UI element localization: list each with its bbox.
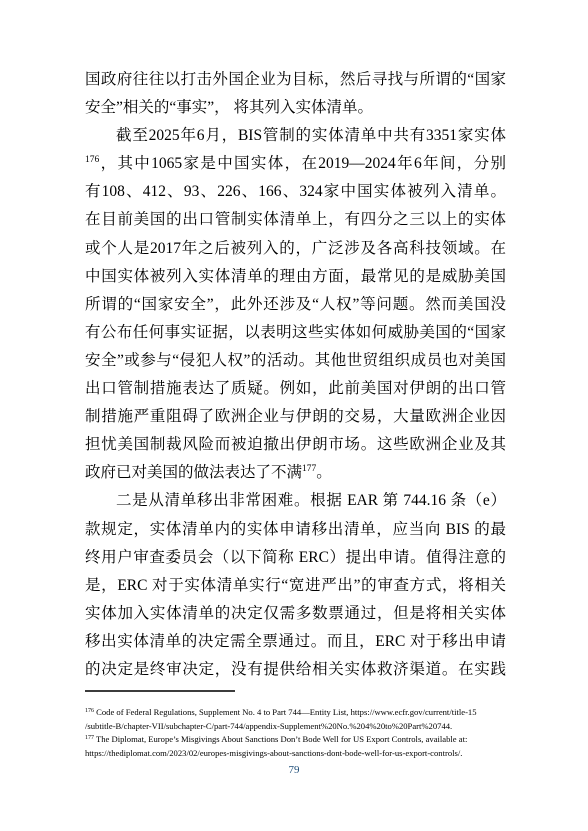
body-line: 有公布任何事实证据，以表明这些实体如何威胁美国的“国家 [85, 319, 506, 347]
footnote-ref: 176 [85, 155, 99, 165]
body-line: 或个人是2017年之后被列入的，广泛涉及各高科技领域。在 [85, 235, 506, 263]
body-line: 是，ERC 对于实体清单实行“宽进严出”的审查方式，将相关 [85, 572, 506, 600]
body-line: 安全”相关的“事实”， 将其列入实体清单。 [85, 94, 506, 122]
body-line: 移出实体清单的决定需全票通过。而且，ERC 对于移出申请 [85, 628, 506, 656]
footnote-line: https://thediplomat.com/2023/02/europes-… [85, 747, 506, 761]
body-line: 出口管制措施表达了质疑。例如，此前美国对伊朗的出口管 [85, 375, 506, 403]
footnote-ref: 176 [85, 708, 94, 714]
page-number: 79 [0, 762, 588, 778]
body-line: 有108、412、93、226、166、324家中国实体被列入清单。 [85, 178, 506, 206]
body-line: 政府已对美国的做法表达了不满177。 [85, 459, 506, 487]
body-line: 制措施严重阻碍了欧洲企业与伊朗的交易，大量欧洲企业因 [85, 403, 506, 431]
body-line: 在目前美国的出口管制实体清单上，有四分之三以上的实体 [85, 206, 506, 234]
body-text: 国政府往往以打击外国企业为目标，然后寻找与所谓的“国家安全”相关的“事实”， 将… [85, 66, 506, 684]
footnote-line: 176 Code of Federal Regulations, Supplem… [85, 706, 506, 720]
body-line: 所谓的“国家安全”，此外还涉及“人权”等问题。然而美国没 [85, 291, 506, 319]
body-line: 安全”或参与“侵犯人权”的活动。其他世贸组织成员也对美国 [85, 347, 506, 375]
body-line: 实体加入实体清单的决定仅需多数票通过，但是将相关实体 [85, 600, 506, 628]
footnote-ref: 177 [85, 735, 94, 741]
footnote-ref: 177 [302, 464, 316, 474]
footnotes: 176 Code of Federal Regulations, Supplem… [85, 706, 506, 760]
body-line: 截至2025年6月，BIS管制的实体清单中共有3351家实体 [85, 122, 506, 150]
body-line: 款规定，实体清单内的实体申请移出清单，应当向 BIS 的最 [85, 516, 506, 544]
footnote-line: 177 The Diplomat, Europe’s Misgivings Ab… [85, 733, 506, 747]
body-line: 中国实体被列入实体清单的理由方面，最常见的是威胁美国 [85, 263, 506, 291]
document-page: 国政府往往以打击外国企业为目标，然后寻找与所谓的“国家安全”相关的“事实”， 将… [0, 0, 588, 831]
footnote-line: /subtitle-B/chapter-VII/subchapter-C/par… [85, 720, 506, 734]
body-line: 国政府往往以打击外国企业为目标，然后寻找与所谓的“国家 [85, 66, 506, 94]
body-line: 二是从清单移出非常困难。根据 EAR 第 744.16 条（e） [85, 487, 506, 515]
body-line: 的决定是终审决定，没有提供给相关实体救济渠道。在实践 [85, 656, 506, 684]
body-line: 终用户审查委员会（以下简称 ERC）提出申请。值得注意的 [85, 544, 506, 572]
footnote-separator [85, 690, 235, 692]
body-line: 176，其中1065家是中国实体，在2019—2024年6年间，分别 [85, 150, 506, 178]
body-line: 担忧美国制裁风险而被迫撤出伊朗市场。这些欧洲企业及其 [85, 431, 506, 459]
